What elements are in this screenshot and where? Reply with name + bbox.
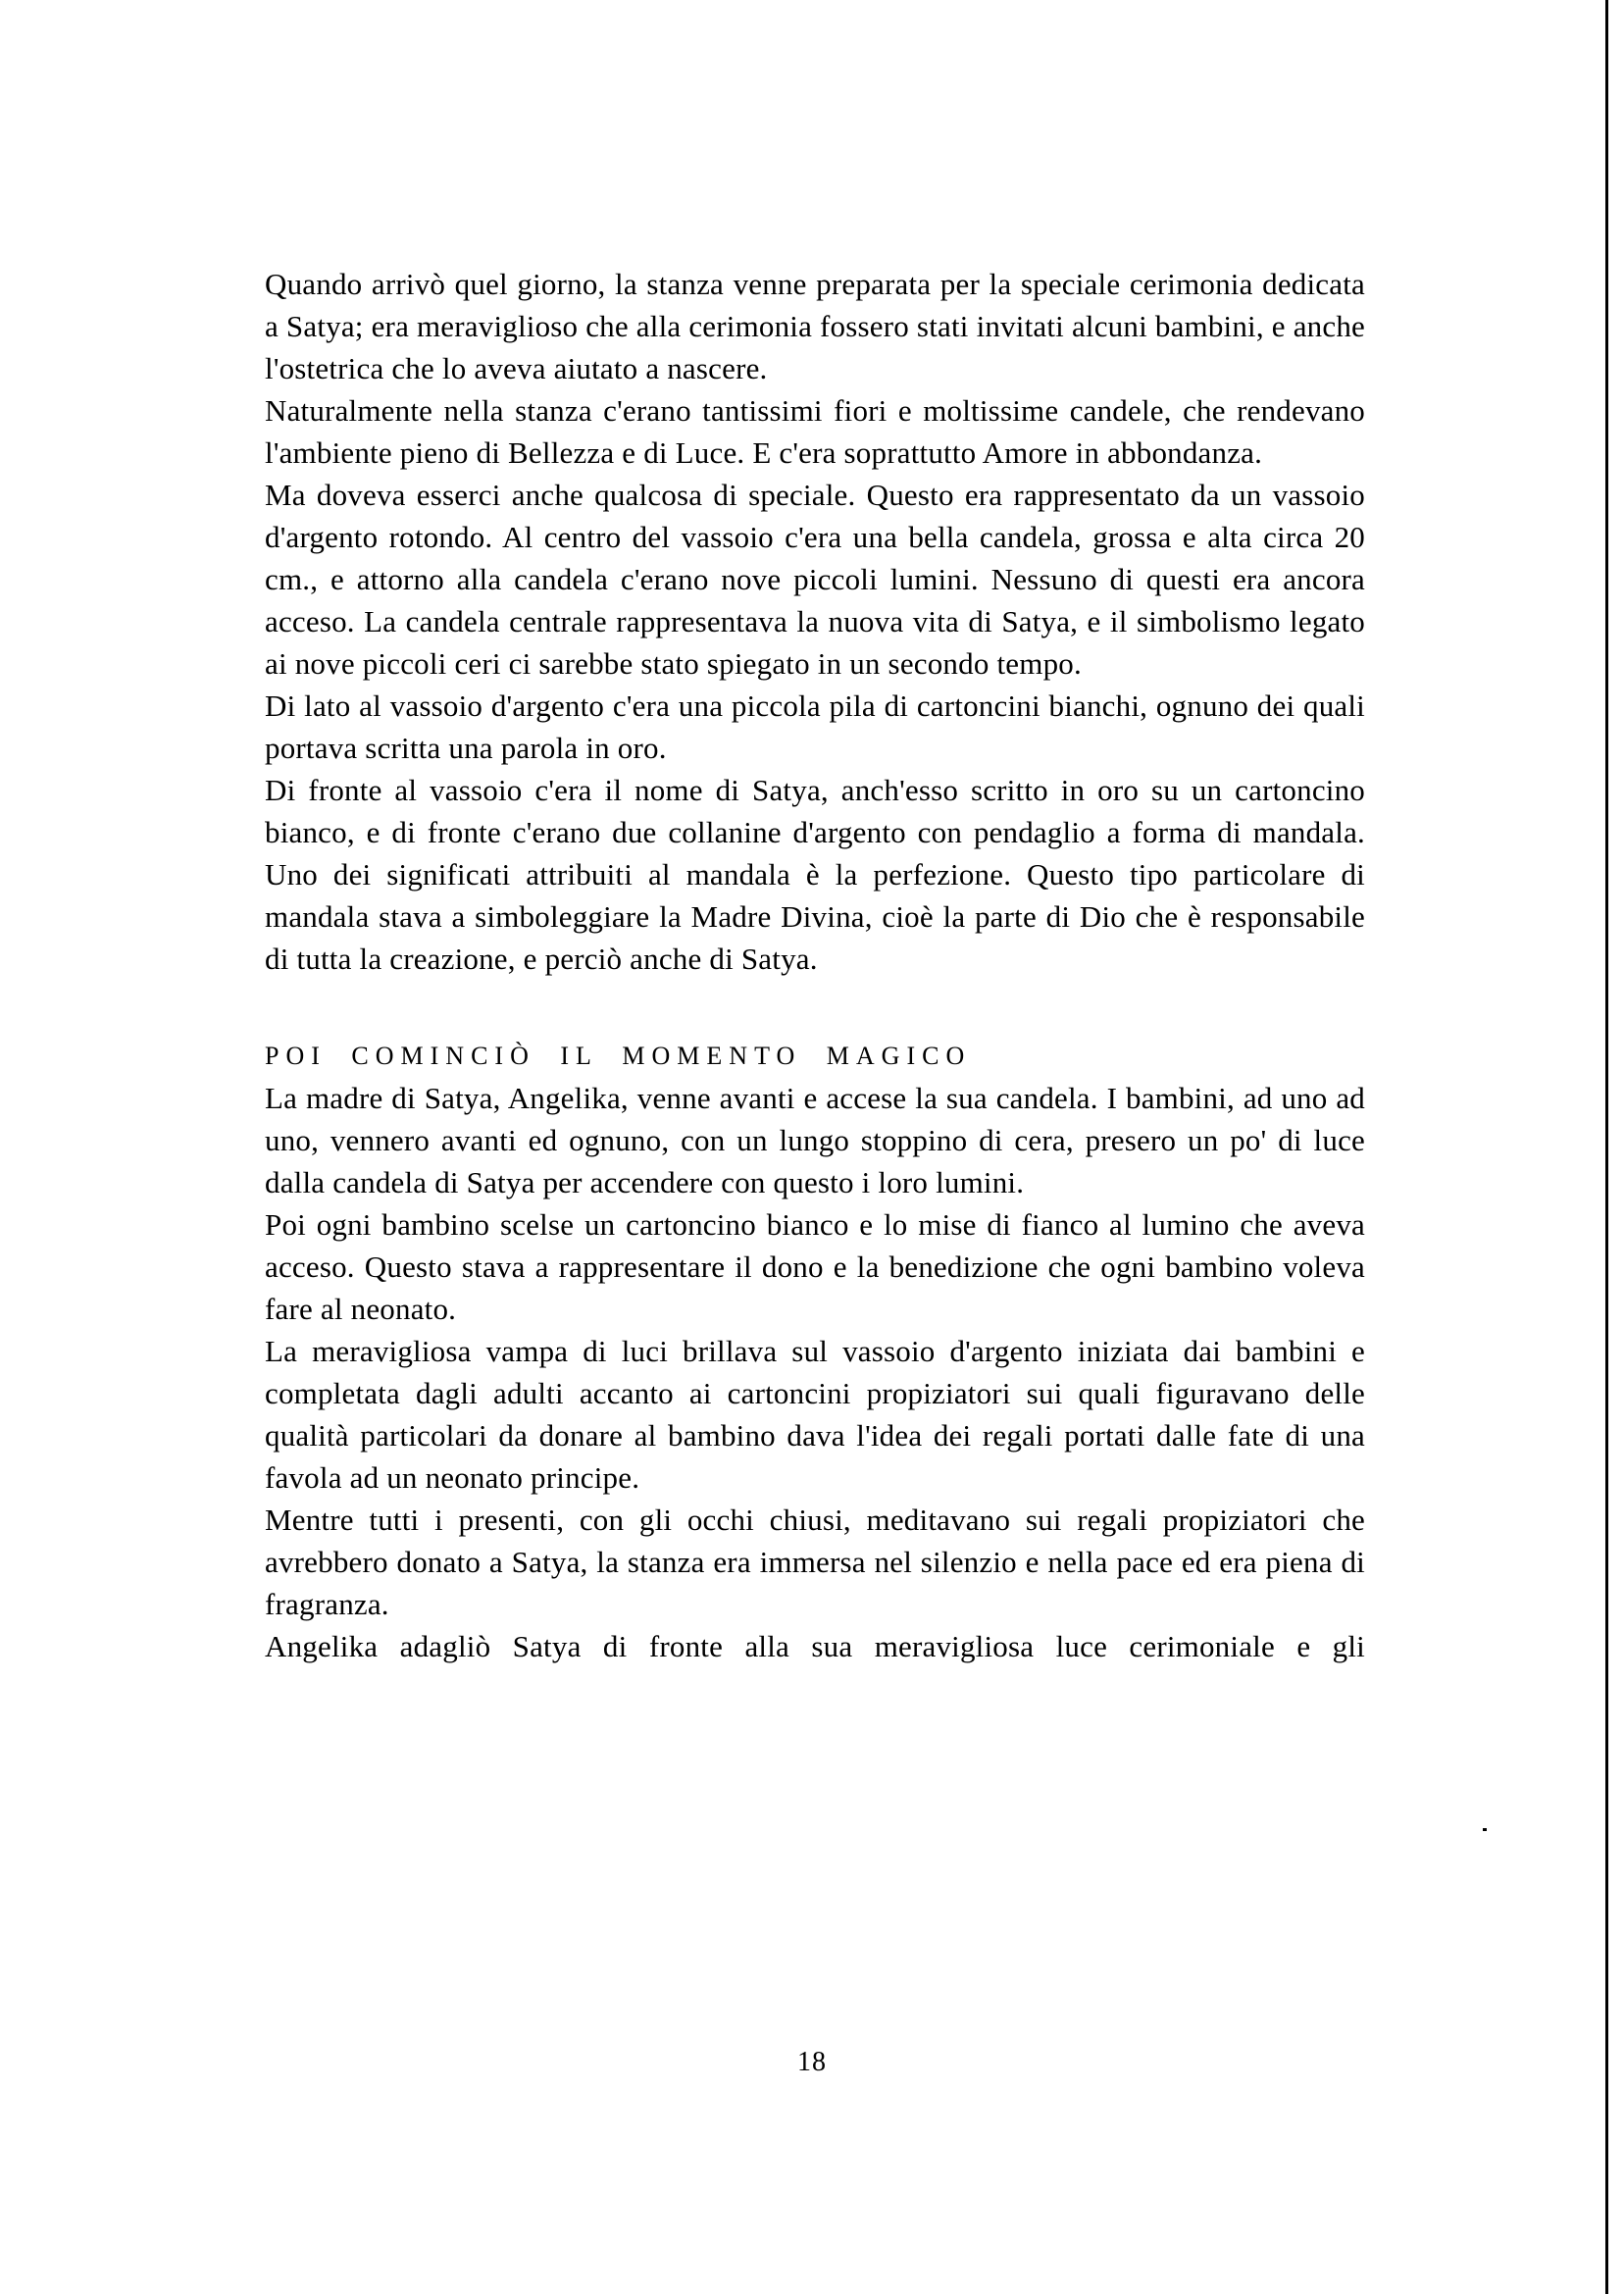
scan-ink-speck xyxy=(1483,1828,1487,1831)
body-paragraph: Ma doveva esserci anche qualcosa di spec… xyxy=(265,474,1365,685)
scan-edge-line xyxy=(1605,0,1608,2294)
body-paragraph: Naturalmente nella stanza c'erano tantis… xyxy=(265,389,1365,474)
body-paragraph: Angelika adagliò Satya di fronte alla su… xyxy=(265,1625,1365,1667)
body-paragraph: Poi ogni bambino scelse un cartoncino bi… xyxy=(265,1203,1365,1330)
text-block: Quando arrivò quel giorno, la stanza ven… xyxy=(265,263,1365,1667)
body-paragraph: Quando arrivò quel giorno, la stanza ven… xyxy=(265,263,1365,389)
book-page: Quando arrivò quel giorno, la stanza ven… xyxy=(0,0,1624,2294)
section-heading: POI COMINCIÒ IL MOMENTO MAGICO xyxy=(265,1035,1365,1077)
body-paragraph: Di fronte al vassoio c'era il nome di Sa… xyxy=(265,769,1365,980)
body-paragraph: La meravigliosa vampa di luci brillava s… xyxy=(265,1330,1365,1499)
body-paragraph: La madre di Satya, Angelika, venne avant… xyxy=(265,1077,1365,1203)
body-paragraph: Mentre tutti i presenti, con gli occhi c… xyxy=(265,1499,1365,1625)
body-paragraph: Di lato al vassoio d'argento c'era una p… xyxy=(265,685,1365,769)
page-number: 18 xyxy=(0,2046,1624,2079)
